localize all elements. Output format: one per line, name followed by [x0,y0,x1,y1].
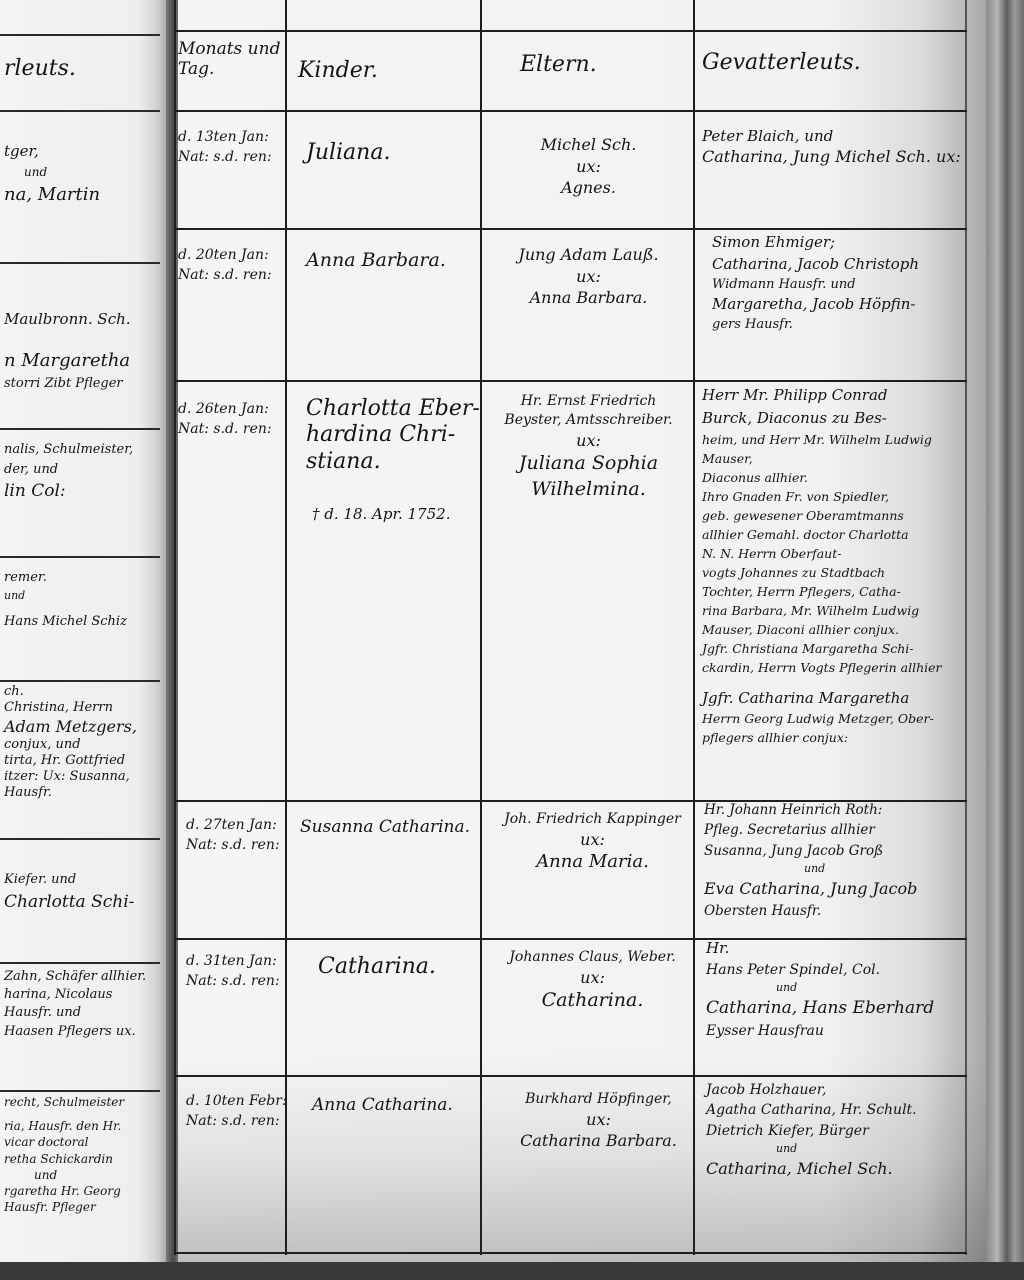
godparent-line: Eysser Hausfrau [706,1021,964,1041]
godparent-line: Dietrich Kiefer, Bürger [706,1121,968,1141]
column-rule [965,0,967,1255]
left-entry-line: Haasen Pflegers ux. [4,1023,164,1041]
godparent-line: und [706,980,964,996]
mother: Catharina Barbara. [496,1130,701,1152]
godparent-line: geb. gewesener Oberamtmanns [702,506,964,525]
left-entry-line: itzer: Ux: Susanna, [4,769,164,785]
parents: Johannes Claus, Weber. ux: Catharina. [490,948,695,1014]
left-entry-line: n Margaretha [4,347,164,374]
godparent-line: ckardin, Herrn Vogts Pflegerin allhier [702,658,964,677]
left-entry-line: Charlotta Schi- [4,890,164,916]
date-nat: Nat: s.d. ren: [178,420,272,440]
date-day: d. 26ten Jan: [178,400,272,420]
table-row-date: d. 13ten Jan: Nat: s.d. ren: [178,128,272,167]
godparent-line: Susanna, Jung Jacob Groß [704,841,964,861]
left-entry-line: tger, [4,140,164,163]
godparent-line: Widmann Hausfr. und [712,276,962,295]
ux-label: ux: [496,1109,701,1131]
left-entry-line: lin Col: [4,479,164,505]
godparent-line: Jacob Holzhauer, [706,1080,968,1100]
godparents: Jacob Holzhauer, Agatha Catharina, Hr. S… [706,1080,968,1180]
godparent-line: vogts Johannes zu Stadtbach [702,563,964,582]
godparent-line: Catharina, Jacob Christoph [712,254,962,276]
date-day: d. 10ten Febr: [186,1092,287,1112]
left-entry-line: vicar doctoral [4,1134,164,1150]
left-entry-line: ch. [4,684,164,700]
godparent-line: und [706,1141,968,1157]
mother: Wilhelmina. [486,477,691,503]
row-rule [174,380,967,382]
ux-label: ux: [486,430,691,452]
left-entry: Kiefer. und Charlotta Schi- [4,870,164,915]
parents: Joh. Friedrich Kappinger ux: Anna Maria. [490,810,695,875]
left-entry-line: na, Martin [4,181,164,208]
left-entry-line: der, und [4,460,164,480]
header-parents: Eltern. [520,50,597,80]
left-entry: tger, und na, Martin [4,140,164,208]
parents: Hr. Ernst Friedrich Beyster, Amtsschreib… [486,392,691,503]
godparent-line: allhier Gemahl. doctor Charlotta [702,525,964,544]
godparent-line: Margaretha, Jacob Höpfin- [712,294,962,316]
child-name: Anna Catharina. [312,1094,453,1117]
row-rule [174,30,967,32]
left-entry-line: Hausfr. und [4,1004,164,1022]
child-name: Juliana. [306,138,390,168]
row-rule [174,1075,967,1077]
parents: Burkhard Höpfinger, ux: Catharina Barbar… [496,1090,701,1152]
godparents: Hr. Johann Heinrich Roth: Pfleg. Secreta… [704,800,964,922]
table-row-date: d. 27ten Jan: Nat: s.d. ren: [186,816,280,855]
godparent-line: Mauser, Diaconi allhier conjux. [702,620,964,639]
left-rule [0,428,160,430]
left-entry-line: und [4,163,164,181]
left-entry: recht, Schulmeister ria, Hausfr. den Hr.… [4,1094,164,1215]
godparent-line: und [704,861,964,878]
left-entry-line: storri Zibt Pfleger [4,374,164,394]
mother: Anna Barbara. [486,287,691,309]
left-entry-line: Maulbronn. Sch. [4,308,164,331]
godparents: Peter Blaich, und Catharina, Jung Michel… [702,126,962,168]
date-day: d. 20ten Jan: [178,246,272,266]
left-entry-line: Hausfr. [4,785,164,801]
godparents: Herr Mr. Philipp Conrad Burck, Diaconus … [702,384,964,747]
table-row-date: d. 31ten Jan: Nat: s.d. ren: [186,952,280,991]
godparent-line: Jgfr. Catharina Margaretha [702,687,964,710]
godparent-line: Burck, Diaconus zu Bes- [702,407,964,430]
mother: Anna Maria. [490,850,695,874]
child-name-line: Charlotta Eber- [306,396,480,422]
table-row-date: d. 20ten Jan: Nat: s.d. ren: [178,246,272,285]
child-name-line: stiana. [306,449,480,475]
date-nat: Nat: s.d. ren: [178,266,272,286]
godparent-line: Peter Blaich, und [702,126,962,146]
ux-label: ux: [486,156,691,178]
child-name-line: hardina Chri- [306,422,480,448]
left-rule [0,34,160,36]
column-rule [693,0,695,1255]
left-entry-line: Hans Michel Schiz [4,612,164,632]
father: Michel Sch. [486,134,691,156]
left-rule [0,962,160,964]
scan-bottom-edge [0,1262,1024,1280]
parents: Michel Sch. ux: Agnes. [486,134,691,199]
left-entry-line: nalis, Schulmeister, [4,440,164,460]
godparent-line: Hr. Johann Heinrich Roth: [704,800,964,820]
godparent-line: Pfleg. Secretarius allhier [704,820,964,840]
table-row-date: d. 26ten Jan: Nat: s.d. ren: [178,400,272,439]
row-rule [174,110,967,112]
father: Johannes Claus, Weber. [490,948,695,967]
father: Joh. Friedrich Kappinger [490,810,695,829]
godparent-line: Herr Mr. Philipp Conrad [702,384,964,407]
godparent-line: Eva Catharina, Jung Jacob [704,877,964,901]
left-entry-line: Christina, Herrn [4,700,164,716]
godparent-line: heim, und Herr Mr. Wilhelm Ludwig Mauser… [702,430,964,468]
godparent-line: N. N. Herrn Oberfaut- [702,544,964,563]
left-entry-line: Hausfr. Pfleger [4,1199,164,1215]
father-title: Beyster, Amtsschreiber. [486,411,691,430]
mother: Catharina. [490,988,695,1014]
godparent-line: Herrn Georg Ludwig Metzger, Ober- [702,709,964,728]
child-name: Catharina. [318,952,436,982]
father: Burkhard Höpfinger, [496,1090,701,1109]
child-name: Susanna Catharina. [300,816,470,839]
date-nat: Nat: s.d. ren: [186,972,280,992]
godparent-line: Catharina, Jung Michel Sch. ux: [702,146,962,168]
father: Hr. Ernst Friedrich [486,392,691,411]
left-entry-line: ria, Hausfr. den Hr. [4,1118,164,1134]
left-entry-line: tirta, Hr. Gottfried [4,753,164,769]
row-rule [174,228,967,230]
date-day: d. 27ten Jan: [186,816,280,836]
godparent-line: Jgfr. Christiana Margaretha Schi- [702,639,964,658]
header-godparents: Gevatterleuts. [702,48,861,78]
left-rule [0,1090,160,1092]
godparents: Hr. Hans Peter Spindel, Col. und Cathari… [706,938,964,1041]
header-date: Monats und Tag. [178,40,283,79]
ux-label: ux: [490,967,695,989]
left-entry-line: und [4,1167,164,1183]
left-rule [0,110,160,112]
left-entry: remer. und Hans Michel Schiz [4,568,164,632]
left-entry-line: remer. [4,568,164,588]
page-edge [986,0,1024,1280]
left-entry-line: Adam Metzgers, [4,717,164,737]
left-rule [0,680,160,682]
left-entry-line: Zahn, Schäfer allhier. [4,968,164,986]
date-nat: Nat: s.d. ren: [178,148,272,168]
left-entry-line: Kiefer. und [4,870,164,890]
left-rule [0,262,160,264]
godparent-line: Simon Ehmiger; [712,232,962,254]
table-row-date: d. 10ten Febr: Nat: s.d. ren: [186,1092,287,1131]
date-nat: Nat: s.d. ren: [186,1112,287,1132]
godparent-line: Tochter, Herrn Pflegers, Catha- [702,582,964,601]
date-nat: Nat: s.d. ren: [186,836,280,856]
ux-label: ux: [486,266,691,288]
godparent-line: Catharina, Hans Eberhard [706,996,964,1021]
godparent-line: pflegers allhier conjux: [702,728,964,747]
left-header-fragment: rleuts. [4,52,164,85]
header-children: Kinder. [298,56,378,86]
ux-label: ux: [490,829,695,851]
left-entry-line: und [4,588,164,605]
column-rule [480,0,482,1255]
left-entry-line: retha Schickardin [4,1151,164,1167]
death-note: † d. 18. Apr. 1752. [312,504,450,524]
godparent-line: Ihro Gnaden Fr. von Spiedler, [702,487,964,506]
row-rule [174,1252,967,1254]
godparent-line: Hr. [706,938,964,960]
left-entry: Maulbronn. Sch. n Margaretha storri Zibt… [4,308,164,393]
left-entry-line: rgaretha Hr. Georg [4,1183,164,1199]
godparent-line: rina Barbara, Mr. Wilhelm Ludwig [702,601,964,620]
godparent-line: Diaconus allhier. [702,468,964,487]
godparent-line: Catharina, Michel Sch. [706,1157,968,1180]
mother: Juliana Sophia [486,451,691,477]
godparent-line: gers Hausfr. [712,316,962,335]
parents: Jung Adam Lauß. ux: Anna Barbara. [486,244,691,309]
left-rule [0,838,160,840]
left-entry: nalis, Schulmeister, der, und lin Col: [4,440,164,505]
left-entry-line: conjux, und [4,737,164,753]
godparents: Simon Ehmiger; Catharina, Jacob Christop… [712,232,962,335]
left-entry-line: recht, Schulmeister [4,1094,164,1110]
child-name: Charlotta Eber- hardina Chri- stiana. [306,396,480,475]
godparent-line: Agatha Catharina, Hr. Schult. [706,1100,968,1120]
left-entry: Zahn, Schäfer allhier. harina, Nicolaus … [4,968,164,1041]
godparent-line: Hans Peter Spindel, Col. [706,960,964,980]
date-day: d. 13ten Jan: [178,128,272,148]
left-rule [0,556,160,558]
left-entry: ch. Christina, Herrn Adam Metzgers, conj… [4,684,164,802]
left-entry-line: harina, Nicolaus [4,986,164,1004]
father: Jung Adam Lauß. [486,244,691,266]
column-rule [285,0,287,1255]
column-rule [174,0,176,1255]
date-day: d. 31ten Jan: [186,952,280,972]
child-name: Anna Barbara. [306,248,446,274]
mother: Agnes. [486,177,691,199]
godparent-line: Obersten Hausfr. [704,901,964,921]
